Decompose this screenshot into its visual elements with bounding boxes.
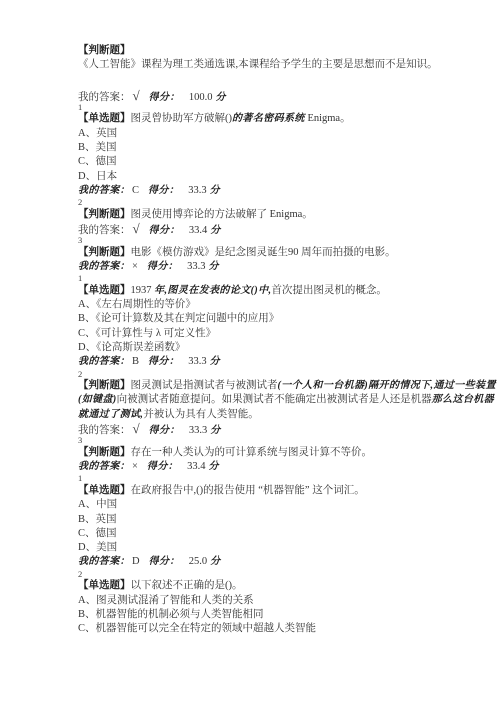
text-segment: A、英国 bbox=[78, 128, 117, 139]
option-line: B、英国 bbox=[78, 513, 446, 527]
text-segment: B、机器智能的机制必须与人类智能相同 bbox=[78, 609, 264, 620]
text-segment: C、机器智能可以完全在特定的领域中超越人类智能 bbox=[78, 623, 316, 634]
score-label: 得分： bbox=[148, 185, 179, 196]
answer-line: 我的答案：√得分：33.3分 bbox=[78, 422, 446, 436]
option-line: C、德国 bbox=[78, 155, 446, 169]
text-segment: 图灵测试是指测试者与被测试者 bbox=[131, 380, 278, 391]
text-segment: D、日本 bbox=[78, 171, 117, 182]
my-answer-label: 我的答案： bbox=[78, 461, 130, 472]
score-label: 得分： bbox=[147, 261, 178, 272]
point-suffix: 分 bbox=[215, 92, 225, 103]
styled-text-segment: 年,图灵在发表的论文()中, bbox=[154, 285, 271, 296]
answer-value: × bbox=[132, 260, 138, 274]
option-line: C、机器智能可以完全在特定的领域中超越人类智能 bbox=[78, 622, 446, 636]
text-segment: 《人工智能》课程为理工类通选课,本课程给予学生的主要是思想而不是知识。 bbox=[78, 59, 438, 70]
question-number: 1 bbox=[78, 103, 446, 113]
text-segment: A、中国 bbox=[78, 499, 117, 510]
answer-line: 我的答案：B得分：33.3分 bbox=[78, 355, 446, 369]
score-value: 33.3 bbox=[188, 356, 206, 367]
question-type-label: 【单选题】 bbox=[78, 485, 131, 496]
text-segment: B、《论可计算数及其在判定问题中的应用》 bbox=[78, 313, 279, 324]
text-segment: 电影《模仿游戏》是纪念图灵诞生90 周年而拍摄的电影。 bbox=[131, 247, 396, 258]
text-segment: C、德国 bbox=[78, 156, 117, 167]
score-value: 100.0 bbox=[189, 92, 213, 103]
question-number: 2 bbox=[78, 570, 446, 580]
score-value: 33.4 bbox=[189, 225, 207, 236]
my-answer-label: 我的答案： bbox=[78, 556, 130, 567]
styled-text-segment: (如键盘) bbox=[78, 394, 117, 405]
option-line: B、美国 bbox=[78, 141, 446, 155]
my-answer-label: 我的答案： bbox=[78, 356, 130, 367]
question-type-label: 【判断题】 bbox=[78, 447, 131, 458]
question-stem-line: 【判断题】图灵测试是指测试者与被测试者(一个人和一台机器)隔开的情况下,通过一些… bbox=[78, 379, 446, 393]
question-stem-line: (如键盘)向被测试者随意提问。如果测试者不能确定出被测试者是人还是机器那么这台机… bbox=[78, 393, 446, 407]
option-line: D、日本 bbox=[78, 170, 446, 184]
question-type-label: 【单选题】 bbox=[78, 580, 131, 591]
text-segment: A、图灵测试混淆了智能和人类的关系 bbox=[78, 595, 254, 606]
option-line: A、《左右周期性的等价》 bbox=[78, 298, 446, 312]
question-type-label: 【判断题】 bbox=[78, 380, 131, 391]
answer-line: 我的答案：√得分：100.0分 bbox=[78, 89, 446, 103]
point-suffix: 分 bbox=[210, 425, 220, 436]
blank-line bbox=[78, 73, 446, 89]
question-stem-line: 《人工智能》课程为理工类通选课,本课程给予学生的主要是思想而不是知识。 bbox=[78, 58, 446, 72]
text-segment: 在政府报告中,()的报告使用 “机器智能” 这个词汇。 bbox=[131, 485, 365, 496]
checkmark-answer-value: √ bbox=[133, 89, 140, 103]
answer-line: 我的答案：×得分：33.3分 bbox=[78, 260, 446, 274]
text-segment: D、《论高斯误差函数》 bbox=[78, 342, 185, 353]
point-suffix: 分 bbox=[209, 461, 219, 472]
point-suffix: 分 bbox=[209, 261, 219, 272]
question-stem-line: 【判断题】电影《模仿游戏》是纪念图灵诞生90 周年而拍摄的电影。 bbox=[78, 246, 446, 260]
question-type-label: 【判断题】 bbox=[78, 45, 131, 56]
question-type-label: 【判断题】 bbox=[78, 209, 131, 220]
answer-line: 我的答案：×得分：33.4分 bbox=[78, 460, 446, 474]
option-line: B、《论可计算数及其在判定问题中的应用》 bbox=[78, 312, 446, 326]
question-stem-line: 【单选题】1937 年,图灵在发表的论文()中,首次提出图灵机的概念。 bbox=[78, 284, 446, 298]
text-segment: 1937 bbox=[131, 285, 155, 296]
styled-text-segment: 的著名密码系统 bbox=[232, 113, 305, 124]
score-label: 得分： bbox=[149, 225, 180, 236]
text-segment: D、美国 bbox=[78, 542, 117, 553]
question-number: 3 bbox=[78, 236, 446, 246]
question-stem-line: 【单选题】以下叙述不正确的是()。 bbox=[78, 579, 446, 593]
option-line: A、图灵测试混淆了智能和人类的关系 bbox=[78, 594, 446, 608]
option-line: A、中国 bbox=[78, 498, 446, 512]
text-segment: C、德国 bbox=[78, 528, 117, 539]
score-label: 得分： bbox=[149, 92, 180, 103]
score-value: 33.3 bbox=[188, 185, 206, 196]
answer-value: D bbox=[132, 555, 140, 569]
answer-line: 我的答案：D得分：25.0分 bbox=[78, 555, 446, 569]
option-line: C、德国 bbox=[78, 527, 446, 541]
styled-text-segment: (一个人和一台机器)隔开的情况下,通过一些装置 bbox=[278, 380, 496, 391]
point-suffix: 分 bbox=[210, 356, 220, 367]
text-segment: Enigma。 bbox=[305, 113, 351, 124]
answer-value: C bbox=[132, 184, 139, 198]
question-type-label: 【单选题】 bbox=[78, 113, 131, 124]
text-segment: C、《可计算性与 λ 可定义性》 bbox=[78, 328, 216, 339]
text-segment: 以下叙述不正确的是()。 bbox=[131, 580, 243, 591]
question-stem-line: 【单选题】图灵曾协助军方破解()的著名密码系统 Enigma。 bbox=[78, 112, 446, 126]
question-stem-line: 就通过了测试,并被认为具有人类智能。 bbox=[78, 408, 446, 422]
score-value: 25.0 bbox=[189, 556, 207, 567]
text-segment: 首次提出图灵机的概念。 bbox=[271, 285, 387, 296]
text-segment: 图灵曾协助军方破解() bbox=[131, 113, 233, 124]
text-segment: 向被测试者随意提问。如果测试者不能确定出被测试者是人还是机器 bbox=[117, 394, 432, 405]
answer-value: B bbox=[132, 355, 139, 369]
my-answer-label: 我的答案： bbox=[78, 261, 130, 272]
question-number: 2 bbox=[78, 370, 446, 380]
score-label: 得分： bbox=[149, 425, 180, 436]
answer-line: 我的答案：C得分：33.3分 bbox=[78, 184, 446, 198]
checkmark-answer-value: √ bbox=[133, 222, 140, 236]
text-segment: B、美国 bbox=[78, 142, 117, 153]
document-body: 【判断题】《人工智能》课程为理工类通选课,本课程给予学生的主要是思想而不是知识。… bbox=[78, 44, 446, 636]
point-suffix: 分 bbox=[210, 556, 220, 567]
question-type-label: 【单选题】 bbox=[78, 285, 131, 296]
option-line: D、《论高斯误差函数》 bbox=[78, 341, 446, 355]
question-stem-line: 【单选题】在政府报告中,()的报告使用 “机器智能” 这个词汇。 bbox=[78, 484, 446, 498]
question-number: 1 bbox=[78, 474, 446, 484]
text-segment: 并被认为具有人类智能。 bbox=[143, 409, 259, 420]
question-type-line: 【判断题】 bbox=[78, 44, 446, 58]
option-line: B、机器智能的机制必须与人类智能相同 bbox=[78, 608, 446, 622]
question-number: 3 bbox=[78, 436, 446, 446]
question-stem-line: 【判断题】存在一种人类认为的可计算系统与图灵计算不等价。 bbox=[78, 446, 446, 460]
my-answer-label: 我的答案： bbox=[78, 185, 130, 196]
score-label: 得分： bbox=[149, 556, 180, 567]
point-suffix: 分 bbox=[210, 185, 220, 196]
score-label: 得分： bbox=[147, 461, 178, 472]
text-segment: B、英国 bbox=[78, 514, 117, 525]
answer-line: 我的答案：√得分：33.4分 bbox=[78, 222, 446, 236]
text-segment: 存在一种人类认为的可计算系统与图灵计算不等价。 bbox=[131, 447, 373, 458]
my-answer-label: 我的答案： bbox=[78, 92, 131, 103]
option-line: C、《可计算性与 λ 可定义性》 bbox=[78, 327, 446, 341]
score-value: 33.3 bbox=[189, 425, 207, 436]
score-value: 33.4 bbox=[187, 461, 205, 472]
score-value: 33.3 bbox=[187, 261, 205, 272]
text-segment: A、《左右周期性的等价》 bbox=[78, 299, 196, 310]
question-stem-line: 【判断题】图灵使用博弈论的方法破解了 Enigma。 bbox=[78, 208, 446, 222]
option-line: A、英国 bbox=[78, 127, 446, 141]
point-suffix: 分 bbox=[210, 225, 220, 236]
my-answer-label: 我的答案： bbox=[78, 225, 131, 236]
score-label: 得分： bbox=[148, 356, 179, 367]
question-number: 1 bbox=[78, 274, 446, 284]
question-type-label: 【判断题】 bbox=[78, 247, 131, 258]
text-segment: 图灵使用博弈论的方法破解了 Enigma。 bbox=[131, 209, 313, 220]
question-number: 2 bbox=[78, 198, 446, 208]
my-answer-label: 我的答案： bbox=[78, 425, 131, 436]
checkmark-answer-value: √ bbox=[133, 422, 140, 436]
styled-text-segment: 就通过了测试, bbox=[78, 409, 143, 420]
answer-value: × bbox=[132, 460, 138, 474]
styled-text-segment: 那么这台机器 bbox=[432, 394, 494, 405]
option-line: D、美国 bbox=[78, 541, 446, 555]
quiz-result-page: 【判断题】《人工智能》课程为理工类通选课,本课程给予学生的主要是思想而不是知识。… bbox=[0, 0, 500, 707]
